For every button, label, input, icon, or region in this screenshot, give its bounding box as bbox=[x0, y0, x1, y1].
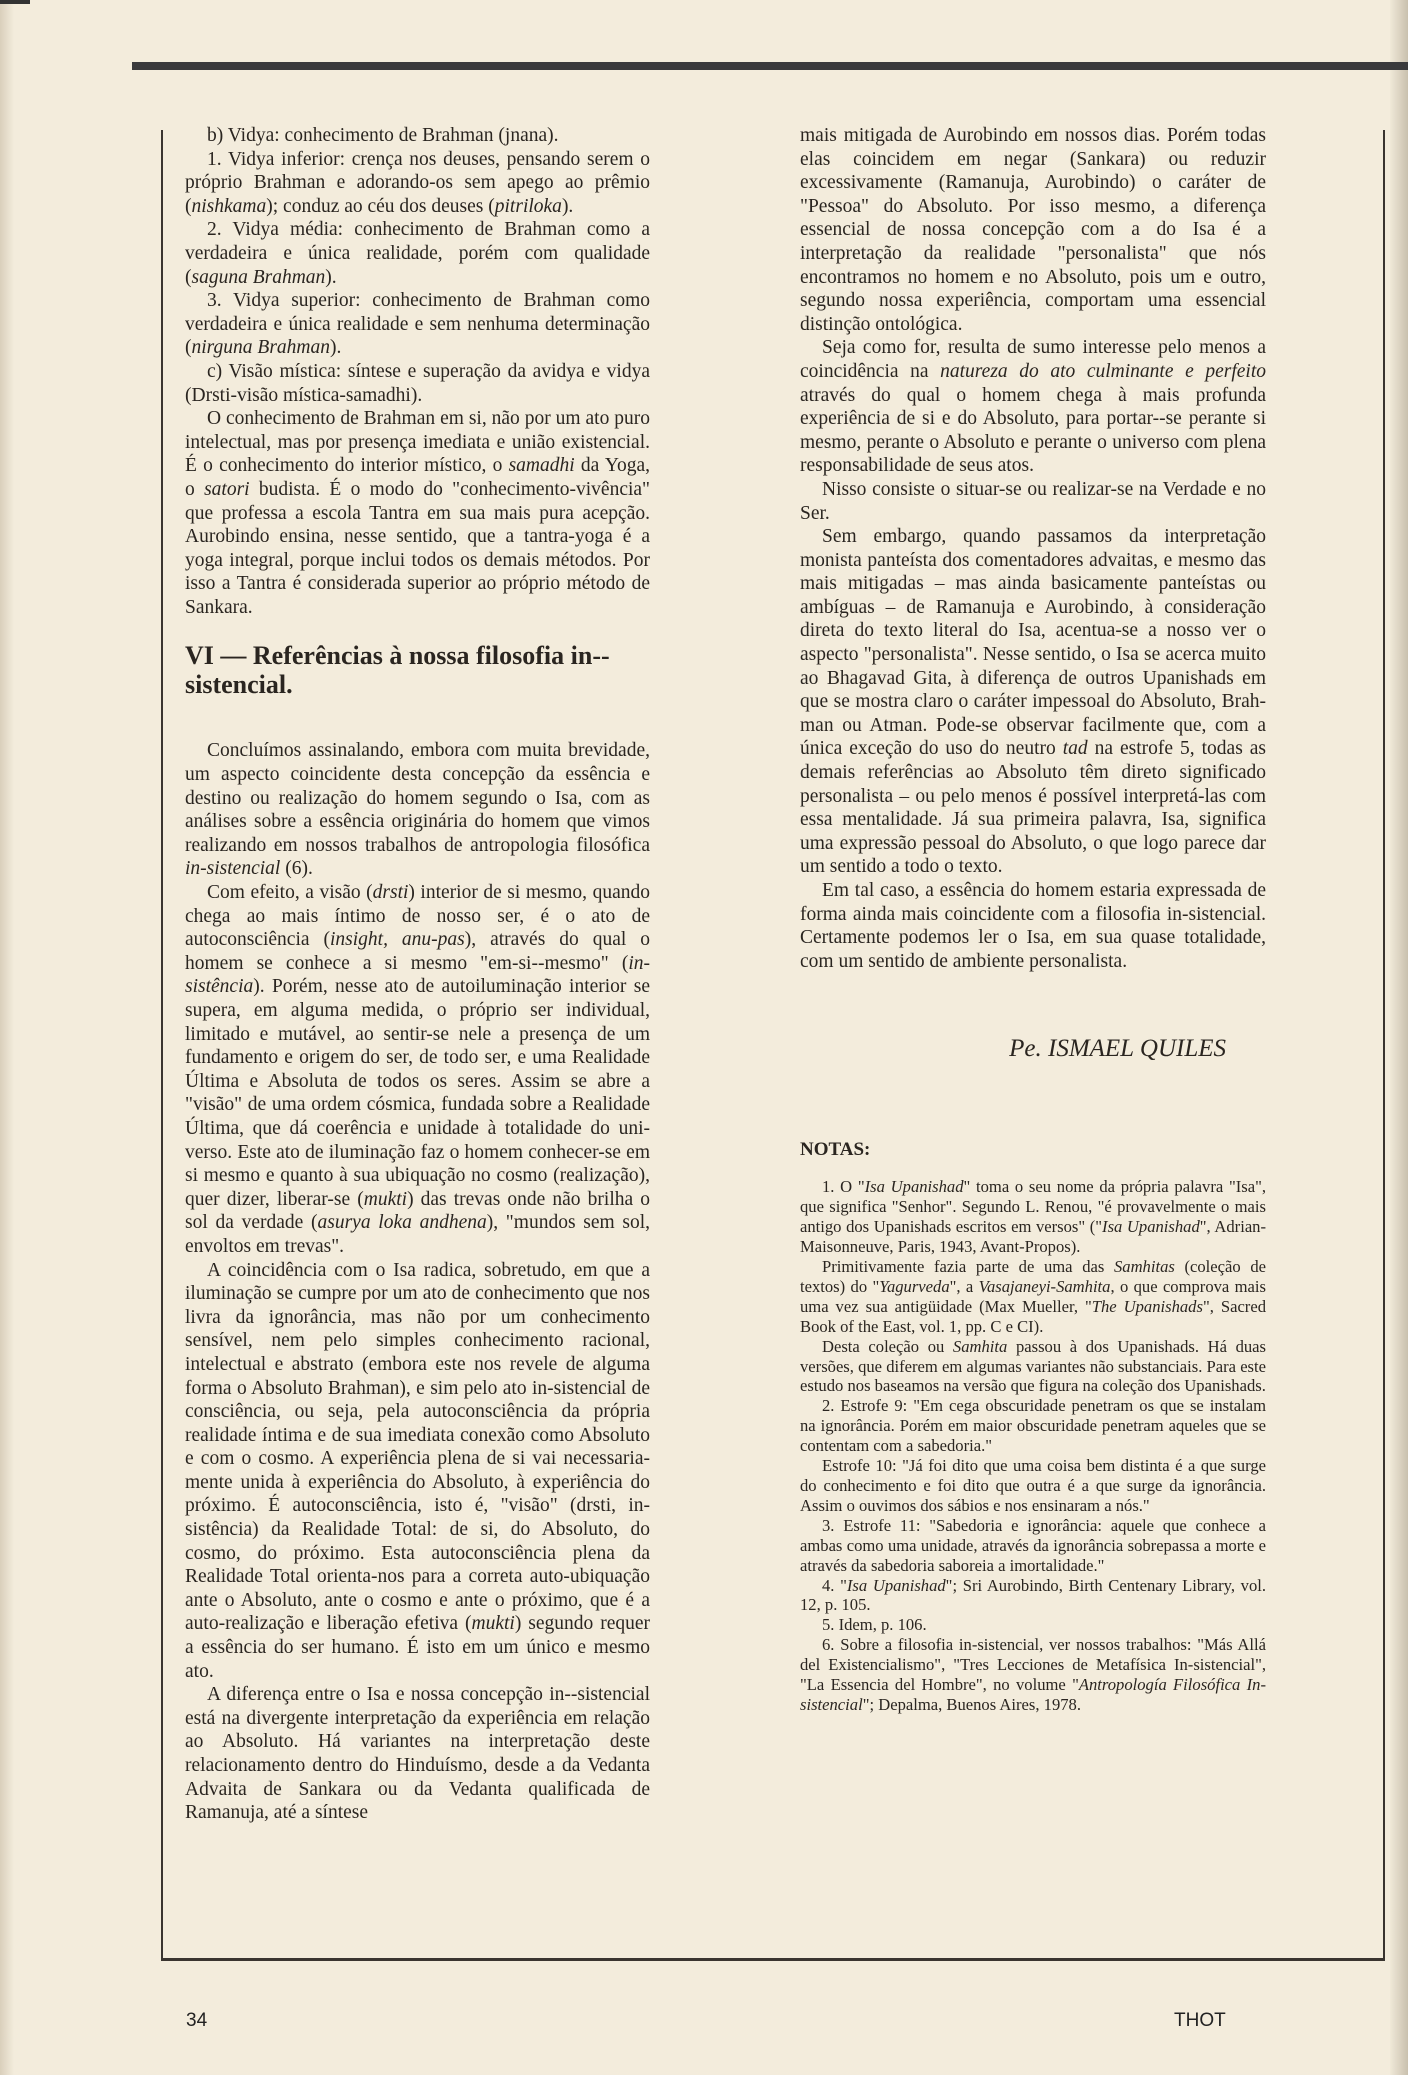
right-column: mais mitigada de Aurobindo em nossos dia… bbox=[800, 124, 1266, 1715]
paragraph: 6. Sobre a filosofia in-sistencial, ver … bbox=[800, 1635, 1266, 1715]
paragraph: O conhecimento de Brahman em si, não por… bbox=[185, 407, 650, 619]
page-number: 34 bbox=[186, 2010, 207, 2032]
paragraph: 1. O "Isa Upanishad" toma o seu nome da … bbox=[800, 1177, 1266, 1257]
paragraph: Seja como for, resulta de sumo interesse… bbox=[800, 336, 1266, 478]
frame-right-border bbox=[1383, 130, 1385, 1960]
paragraph: 2. Estrofe 9: "Em cega obscuridade penet… bbox=[800, 1396, 1266, 1456]
magazine-name: THOT bbox=[1174, 2010, 1226, 2032]
paragraph: A diferença entre o Isa e nossa concepçã… bbox=[185, 1683, 650, 1825]
paragraph: Sem embargo, quando passamos da interpre… bbox=[800, 525, 1266, 879]
paragraph: 3. Estrofe 11: "Sabedoria e ignorância: … bbox=[800, 1516, 1266, 1576]
paragraph: Em tal caso, a essência do homem estaria… bbox=[800, 879, 1266, 973]
page-edge-shadow bbox=[1390, 0, 1408, 2075]
paragraph: c) Visão mística: síntese e superação da… bbox=[185, 360, 650, 407]
author-signature: Pe. ISMAEL QUILES bbox=[800, 1035, 1226, 1063]
frame-bottom-border bbox=[161, 1958, 1385, 1961]
previous-page-edge bbox=[0, 0, 30, 4]
paragraph: mais mitigada de Aurobindo em nossos dia… bbox=[800, 124, 1266, 336]
paragraph: 3. Vidya superior: conhecimento de Brahm… bbox=[185, 289, 650, 360]
paragraph: Estrofe 10: "Já foi dito que uma coisa b… bbox=[800, 1456, 1266, 1516]
paragraph: 2. Vidya média: conhecimento de Brahman … bbox=[185, 218, 650, 289]
paragraph: Com efeito, a visão (drsti) interior de … bbox=[185, 881, 650, 1259]
frame-left-border bbox=[161, 130, 163, 1960]
paragraph: 1. Vidya inferior: crença nos deuses, pe… bbox=[185, 148, 650, 219]
paragraph: 5. Idem, p. 106. bbox=[800, 1615, 1266, 1635]
paragraph: b) Vidya: conhecimento de Brahman (jnana… bbox=[185, 124, 650, 148]
left-paragraphs-after: Concluímos assinalando, embora com muita… bbox=[185, 739, 650, 1824]
paragraph: Nisso consiste o situar-se ou realizar-s… bbox=[800, 478, 1266, 525]
footnotes: 1. O "Isa Upanishad" toma o seu nome da … bbox=[800, 1177, 1266, 1714]
page-gutter-shadow bbox=[0, 0, 14, 2075]
paragraph: Desta coleção ou Samhita passou à dos Up… bbox=[800, 1337, 1266, 1397]
top-rule bbox=[132, 62, 1408, 70]
paragraph: Concluímos assinalando, embora com muita… bbox=[185, 739, 650, 881]
left-paragraphs-before: b) Vidya: conhecimento de Brahman (jnana… bbox=[185, 124, 650, 619]
left-column: b) Vidya: conhecimento de Brahman (jnana… bbox=[185, 124, 650, 1825]
paragraph: 4. "Isa Upanishad"; Sri Aurobindo, Birth… bbox=[800, 1576, 1266, 1616]
paragraph: Primitivamente fazia parte de uma das Sa… bbox=[800, 1257, 1266, 1337]
right-paragraphs: mais mitigada de Aurobindo em nossos dia… bbox=[800, 124, 1266, 973]
section-heading: VI — Referências à nossa filosofia in--s… bbox=[185, 641, 650, 699]
notes-title: NOTAS: bbox=[800, 1139, 1266, 1161]
paragraph: A coincidência com o Isa radica, sobretu… bbox=[185, 1259, 650, 1684]
